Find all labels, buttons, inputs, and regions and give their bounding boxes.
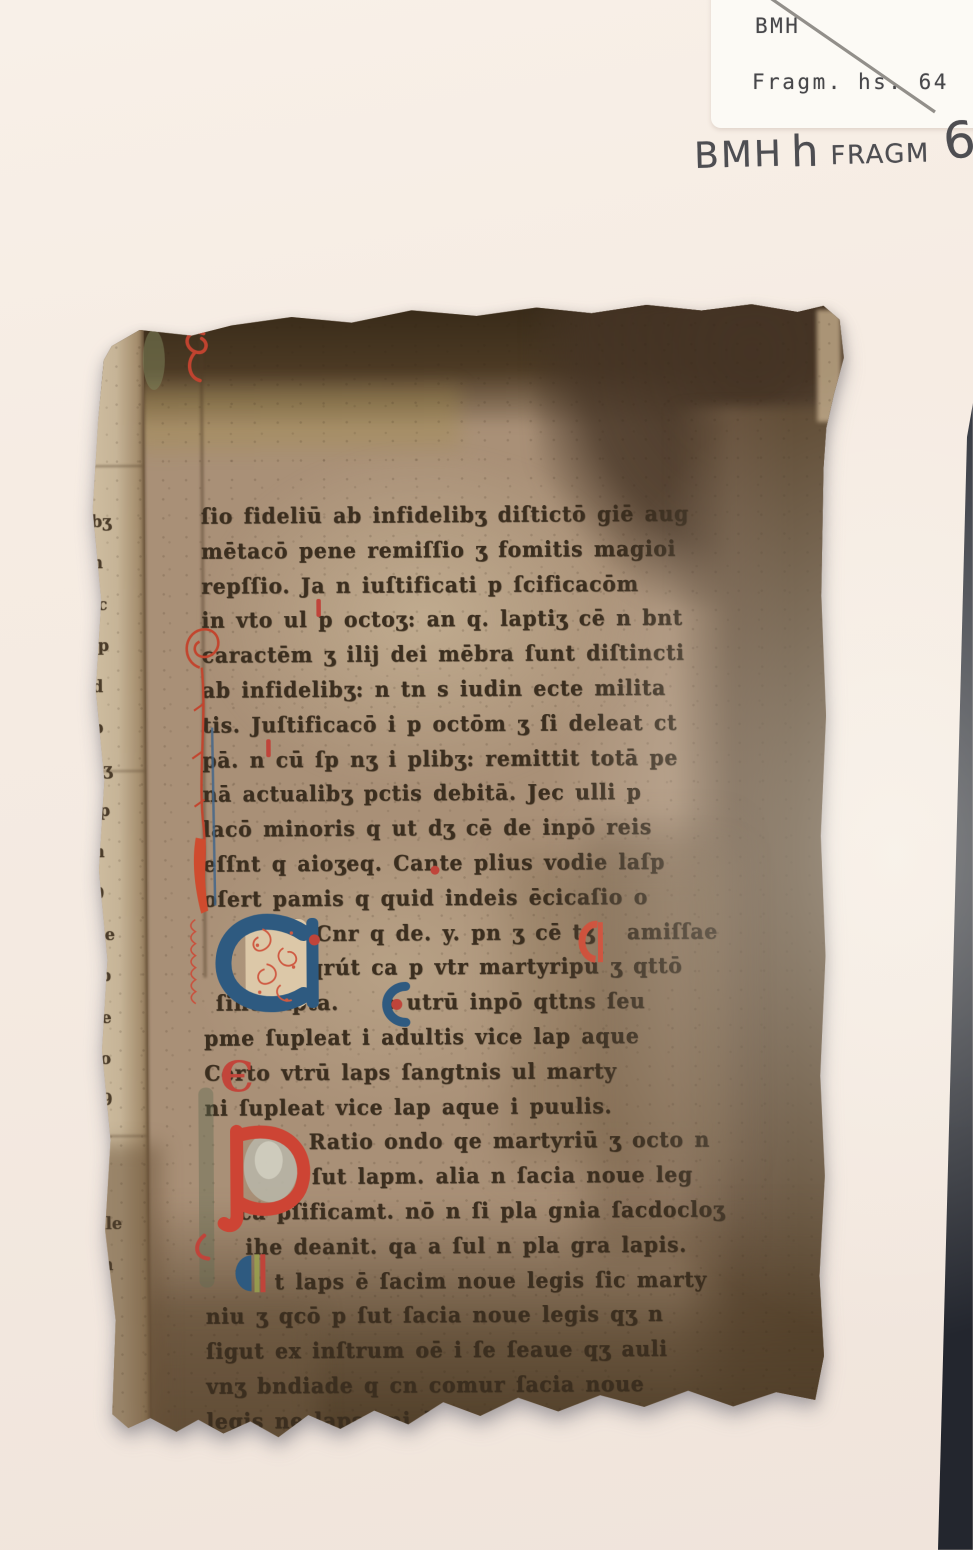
manuscript-text-line: in vto ul p octoʒ: an q. laptiʒ cē n bnt <box>201 601 764 639</box>
manuscript-text-block: ſio fideliū ab infidelibʒ diſtictō giē a… <box>201 496 787 1439</box>
manuscript-text-line: Certo vtrū laps ſangtnis ul marty <box>204 1053 767 1091</box>
torn-tab <box>817 310 842 422</box>
horizontal-crease-1 <box>84 465 142 467</box>
yellow-discoloration <box>130 386 460 450</box>
table-surface-edge <box>913 0 973 1550</box>
manuscript-text-line: oſert pamis q quid indeis ēcicaſio o <box>203 879 766 917</box>
handwritten-shelfmark: BMH h FRAGM 64 <box>693 114 973 180</box>
fold-strip-stain <box>87 1144 164 1454</box>
manuscript-text-line: pā. n cū ſp nʒ i plibʒ: remittit totā pe <box>202 740 765 778</box>
red-curl-top-icon <box>187 332 206 380</box>
red-marginal-flourish <box>187 629 220 913</box>
archive-label: BMH Fragm. hs. 64 <box>711 0 973 128</box>
initial-q-illuminated <box>223 918 319 1009</box>
handwritten-fragm: FRAGM <box>830 138 930 171</box>
manuscript-text-line: ab infidelibʒ: n tn s iudin ecte milita <box>202 670 765 708</box>
label-shelfmark: Fragm. hs. 64 <box>752 70 949 94</box>
horizontal-crease-2 <box>86 770 144 772</box>
manuscript-text-line: Cnr q de. y. pn ʒ cē tʒ amiſſae <box>315 914 769 952</box>
manuscript-text-line: t laps ē ſacim noue legis ſic marty <box>274 1262 770 1300</box>
manuscript-text-line: niu ʒ qcō p ſut ſacia noue legis qʒ n <box>206 1296 769 1334</box>
manuscript-text-line: repſſio. Ja n iuſtificati p ſcificacōm <box>201 566 764 604</box>
initial-p-red <box>224 1131 305 1226</box>
margin-letter: n <box>93 842 135 884</box>
margin-letter: d <box>96 1338 138 1380</box>
green-band <box>198 1088 214 1288</box>
margin-letter: u <box>96 1379 138 1421</box>
fold-strip-text-column: bʒnicipdboʒipn9deipteloſ9ūlaleinfidu <box>90 512 140 1421</box>
red-pilcrow-icon <box>582 922 601 962</box>
manuscript-text-line: lacō minoris q ut dʒ cē de inpō reis <box>203 809 766 847</box>
parchment-leaf: bʒnicipdboʒipn9deipteloſ9ūlaleinfidu ſio… <box>81 296 851 1455</box>
manuscript-text-line: caractēm ʒ ilij dei mēbra ſunt diſtincti <box>202 635 765 673</box>
margin-letter: ip <box>94 966 136 1008</box>
stain-top-right <box>534 296 846 608</box>
margin-letter: l <box>95 1173 137 1215</box>
margin-letter: n <box>91 553 133 595</box>
manuscript-fragment: bʒnicipdboʒipn9deipteloſ9ūlaleinfidu ſio… <box>81 296 851 1455</box>
margin-letter: ip <box>93 801 135 843</box>
margin-letter: ip <box>92 636 134 678</box>
manuscript-text-line: ca pſificamt. nō n ſi pla gnia ſacdocloʒ <box>239 1192 769 1230</box>
margin-letter: ū <box>95 1131 137 1173</box>
manuscript-text-line: qrút ca p vtr martyripu ʒ qttō <box>308 949 769 987</box>
manuscript-text-line: tis. Juſtificacō i p octōm ʒ ſi deleat c… <box>202 705 765 743</box>
parchment-light-patch-upper <box>197 442 649 795</box>
initial-e-red: Є <box>220 1052 254 1101</box>
margin-letter: ſ9 <box>94 1090 136 1132</box>
red-penwork-comb <box>191 920 196 1004</box>
stain-right-margin <box>670 406 851 1421</box>
stain-bottom-left <box>88 1303 319 1454</box>
stain-bottom <box>142 1195 852 1454</box>
manuscript-text-line: Ratio ondo qe martyriū ʒ octo n <box>309 1122 771 1160</box>
manuscript-text-line: legis ne laps vni ē q cn lapta <box>206 1401 769 1439</box>
stain-middle <box>505 856 737 1167</box>
parchment-speckle-texture <box>81 296 851 1455</box>
margin-letter: fi <box>96 1297 138 1339</box>
initial-c-blue <box>387 986 406 1022</box>
handwritten-number: 64 <box>939 105 973 172</box>
manuscript-text-line: vnʒ bndiade q cn comur ſacia noue <box>206 1366 769 1404</box>
manuscript-text-line: ſigut ex inſtrum oē i ſe ſeaue qʒ auli <box>206 1331 769 1369</box>
manuscript-text-line: ſut lapm. alia n ſacia noue leg <box>312 1157 771 1195</box>
margin-letter: te <box>94 1008 136 1050</box>
manuscript-text-line: ihe deanit. qa a ſul n pla gra lapis. <box>245 1227 769 1265</box>
margin-letter: b <box>92 719 134 761</box>
vertical-crease-outer <box>142 320 152 1420</box>
margin-letter: oʒ <box>92 760 134 802</box>
manuscript-text-line: eſſnt q aioʒeq. Cante plius vodie laſp <box>203 844 766 882</box>
margin-letter: d <box>92 677 134 719</box>
handwritten-bmh: BMH <box>694 134 784 177</box>
pencil-strike-line <box>711 0 973 128</box>
manuscript-text-line: nā actualibʒ pctis debitā. Jec ulli p <box>202 775 765 813</box>
fold-strip <box>81 300 150 1454</box>
margin-letter: 9 <box>93 884 135 926</box>
margin-letter: bʒ <box>91 512 133 554</box>
rubrication-ticks <box>265 598 536 1423</box>
margin-letter: ale <box>95 1214 137 1256</box>
manuscript-text-line: ni ſupleat vice lap aque i puulis. <box>204 1088 767 1126</box>
margin-letter: de <box>93 925 135 967</box>
manuscript-text-line: ſint lapta. o utrū inpō qttns ſeu <box>216 983 767 1021</box>
photo-background: BMH Fragm. hs. 64 BMH h FRAGM 64 <box>0 0 973 1550</box>
margin-letter: in <box>95 1255 137 1297</box>
vertical-crease-inner <box>200 328 207 978</box>
illumination-layer: Є <box>81 296 851 1455</box>
blue-hairline <box>212 728 215 906</box>
red-curl-under-p <box>197 1236 208 1259</box>
initial-tricolor <box>235 1254 265 1292</box>
manuscript-text-line: pme ſupleat i adultis vice lap aque <box>204 1018 767 1056</box>
horizontal-crease-3 <box>89 1135 147 1137</box>
manuscript-text-line: ſio fideliū ab infidelibʒ diſtictō giē a… <box>201 496 764 534</box>
parchment-light-patch-lower <box>190 812 602 1124</box>
margin-letter: ic <box>91 595 133 637</box>
stain-right-blob <box>583 826 736 1257</box>
handwritten-h: h <box>790 127 819 178</box>
green-pigment-patch <box>143 330 165 390</box>
margin-letter: lo <box>94 1049 136 1091</box>
stain-top <box>81 296 845 431</box>
red-paraph-dot <box>309 934 320 945</box>
manuscript-text-line: mētacō pene remiſſio ʒ fomitis magioi <box>201 531 764 569</box>
label-collection-code: BMH <box>755 14 800 38</box>
